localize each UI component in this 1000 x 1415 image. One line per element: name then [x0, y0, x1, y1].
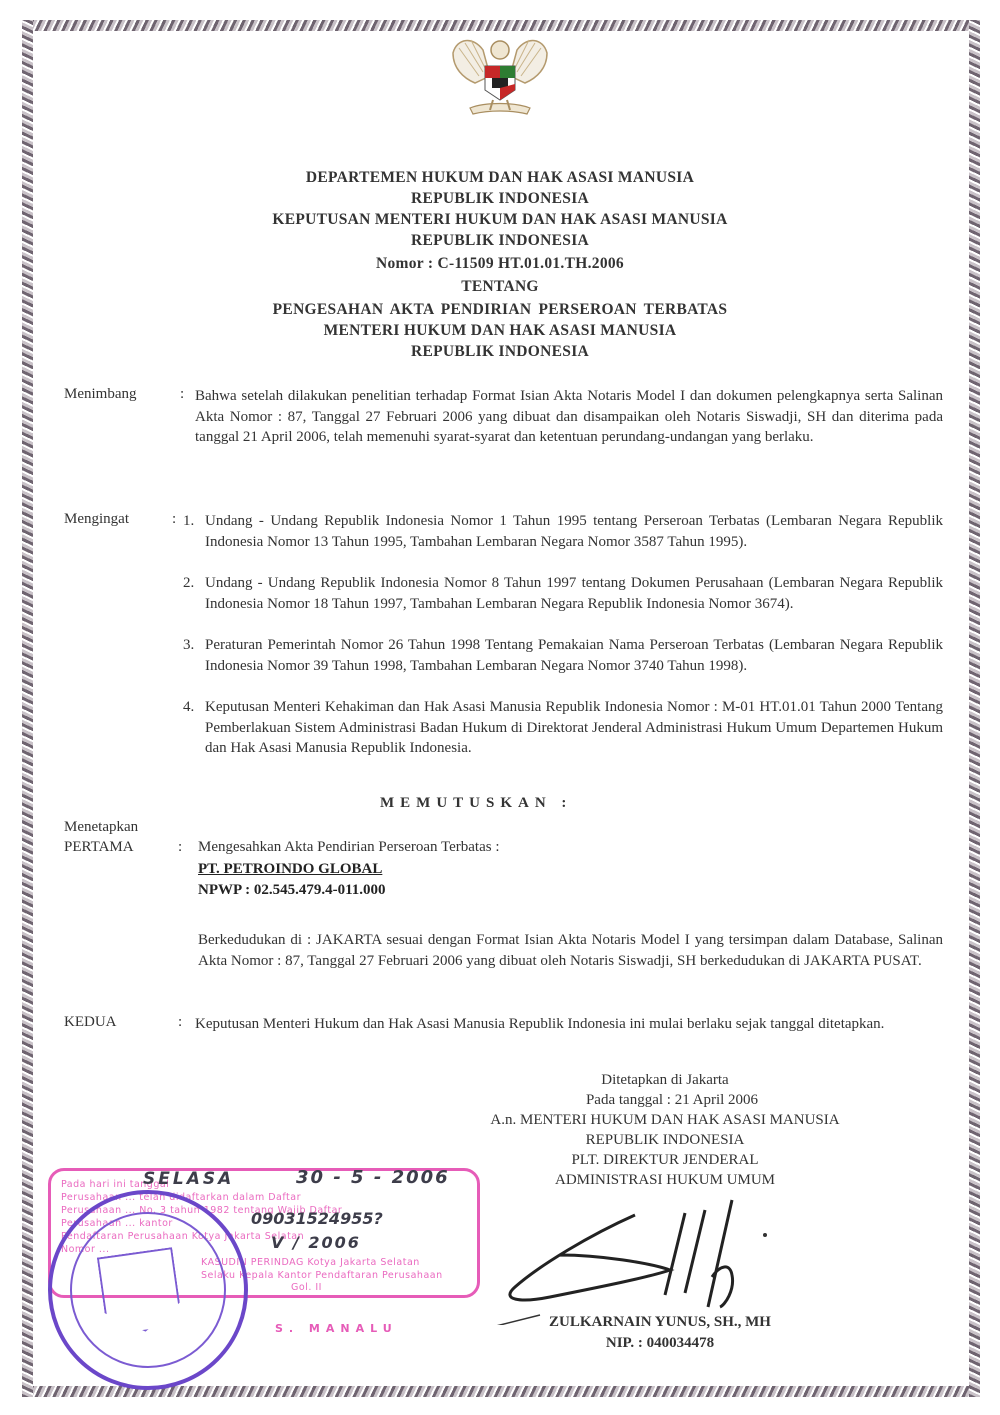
signer-name: ZULKARNAIN YUNUS, SH., MH [480, 1312, 840, 1333]
mengingat-colon: : [172, 511, 176, 528]
stamp-handwritten-period: V / 2006 [271, 1233, 361, 1252]
pertama-text: Mengesahkan Akta Pendirian Perseroan Ter… [198, 839, 500, 856]
ministry-name: DEPARTEMEN HUKUM DAN HAK ASASI MANUSIA [0, 167, 1000, 188]
round-official-seal [48, 1190, 248, 1390]
issued-place: Ditetapkan di Jakarta [405, 1070, 925, 1090]
menimbang-label: Menimbang [64, 386, 137, 403]
handwritten-signature [480, 1195, 850, 1325]
stamp-handwritten-date: 30 - 5 - 2006 [296, 1167, 450, 1188]
signature-block: Ditetapkan di Jakarta Pada tanggal : 21 … [405, 1070, 925, 1190]
on-behalf-of: A.n. MENTERI HUKUM DAN HAK ASASI MANUSIA [405, 1110, 925, 1130]
item-text: Undang - Undang Republik Indonesia Nomor… [205, 511, 943, 552]
issued-date: Pada tanggal : 21 April 2006 [419, 1090, 925, 1110]
tentang-label: TENTANG [0, 276, 1000, 297]
country-name-2: REPUBLIK INDONESIA [0, 230, 1000, 251]
mengingat-item-4: 4. Keputusan Menteri Kehakiman dan Hak A… [183, 697, 943, 781]
garuda-pancasila-emblem-icon [445, 28, 555, 128]
item-text: Keputusan Menteri Kehakiman dan Hak Asas… [205, 697, 943, 759]
signer: ZULKARNAIN YUNUS, SH., MH NIP. : 0400344… [480, 1312, 840, 1354]
stamp-handwritten-day: SELASA [143, 1169, 234, 1189]
on-behalf-country: REPUBLIK INDONESIA [405, 1130, 925, 1150]
country-name: REPUBLIK INDONESIA [0, 188, 1000, 209]
mengingat-item-3: 3. Peraturan Pemerintah Nomor 26 Tahun 1… [183, 635, 943, 697]
document-header: DEPARTEMEN HUKUM DAN HAK ASASI MANUSIA R… [0, 167, 1000, 362]
kedua-text: Keputusan Menteri Hukum dan Hak Asasi Ma… [195, 1014, 943, 1035]
stamp-handwritten-reg-number: 09031524955? [251, 1209, 383, 1228]
mengingat-item-1: 1. Undang - Undang Republik Indonesia No… [183, 511, 943, 573]
memutuskan-heading: MEMUTUSKAN : [380, 795, 572, 812]
signer-position: PLT. DIREKTUR JENDERAL [405, 1150, 925, 1170]
item-text: Peraturan Pemerintah Nomor 26 Tahun 1998… [205, 635, 943, 676]
mengingat-item-2: 2. Undang - Undang Republik Indonesia No… [183, 573, 943, 635]
kedua-colon: : [178, 1014, 182, 1031]
mengingat-label: Mengingat [64, 511, 129, 528]
menetapkan-label: Menetapkan [64, 819, 138, 836]
minister-title: MENTERI HUKUM DAN HAK ASASI MANUSIA [0, 320, 1000, 341]
item-number: 2. [183, 573, 194, 594]
kedua-label: KEDUA [64, 1014, 117, 1031]
menimbang-text: Bahwa setelah dilakukan penelitian terha… [195, 386, 943, 448]
pertama-label: PERTAMA [64, 839, 134, 856]
pertama-colon: : [178, 839, 182, 856]
item-text: Undang - Undang Republik Indonesia Nomor… [205, 573, 943, 614]
company-domicile-text: Berkedudukan di : JAKARTA sesuai dengan … [198, 930, 943, 971]
decree-subject: PENGESAHAN AKTA PENDIRIAN PERSEROAN TERB… [0, 299, 1000, 320]
signer-nip: NIP. : 040034478 [480, 1333, 840, 1354]
item-number: 3. [183, 635, 194, 656]
decree-title: KEPUTUSAN MENTERI HUKUM DAN HAK ASASI MA… [0, 209, 1000, 230]
item-number: 1. [183, 511, 194, 532]
country-name-3: REPUBLIK INDONESIA [0, 341, 1000, 362]
company-npwp: NPWP : 02.545.479.4-011.000 [198, 882, 386, 899]
menimbang-colon: : [180, 386, 184, 403]
decree-number: Nomor : C-11509 HT.01.01.TH.2006 [0, 253, 1000, 274]
company-name: PT. PETROINDO GLOBAL [198, 861, 382, 878]
stamp-line: Gol. II [291, 1282, 322, 1293]
item-number: 4. [183, 697, 194, 718]
stamp-official-name: S. MANALU [275, 1322, 398, 1335]
signer-directorate: ADMINISTRASI HUKUM UMUM [405, 1170, 925, 1190]
